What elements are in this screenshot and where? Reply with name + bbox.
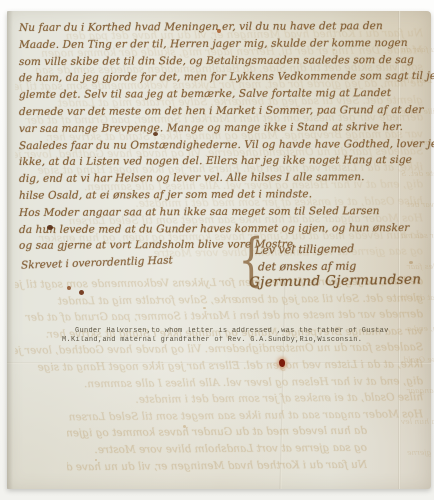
vertical-fold-crease-right: [398, 11, 401, 489]
letter-photograph: Nu faar du i Korthed hvad Meningen er, v…: [0, 0, 434, 500]
haste-note: Skrevet i overordentlig Hast: [21, 254, 173, 271]
bleedthrough-line: da hun levede med at du Gunder haves kom…: [67, 425, 367, 440]
handwritten-line: som ville skibe det til din Side, og Bet…: [19, 54, 414, 68]
bleedthrough-fragment: ikke, at da i Li: [401, 293, 434, 302]
ink-blot: [67, 286, 71, 290]
paper-edge-shadow: [7, 11, 13, 489]
handwritten-line: Saaledes faar du nu Omstændighederne. Vi…: [19, 137, 434, 151]
horizontal-fold-crease: [7, 362, 431, 364]
bleedthrough-fragment: glemte det. S: [401, 169, 434, 178]
handwritten-line: dig, end at vi har Helsen og lever vel. …: [19, 171, 365, 185]
bleedthrough-line: Nu faar du i Korthed hvad Meningen er, v…: [67, 458, 367, 473]
bleedthrough-fragment: Saaledes faar: [407, 262, 434, 271]
handwritten-line: Maade. Den Ting er der til, Herren jager…: [19, 37, 408, 51]
bleedthrough-line: dig, end at vi har Helsen og lever vel. …: [15, 375, 423, 391]
bleedthrough-fragment: dernede var det: [407, 200, 434, 209]
handwritten-line: da hun levede med at du Gunder haves kom…: [19, 222, 409, 236]
paper-stain: [95, 459, 97, 461]
handwritten-line: Nu faar du i Korthed hvad Meningen er, v…: [19, 20, 383, 34]
ink-blot: [79, 290, 84, 295]
handwritten-line: glemte det. Selv til saa jeg at bemærke,…: [19, 87, 391, 101]
handwritten-line: ikke, at da i Listen ved nogen del. Elle…: [19, 154, 412, 168]
bleedthrough-fragment: hilse Osald,: [401, 355, 434, 364]
bleedthrough-line: Hos Moder angaar saa at hun ikke saa meg…: [15, 408, 423, 424]
paper-stain: [409, 261, 413, 264]
letter-paper: Nu faar du i Korthed hvad Meningen er, v…: [7, 11, 431, 489]
closing-line-2: det ønskes af mig: [258, 260, 356, 274]
bleedthrough-fragment: da hun lev: [401, 417, 434, 426]
bleedthrough-line: hilse Osald, at ei ønskes af jer som med…: [15, 391, 423, 407]
signature: Gjermund Gjermundsen: [249, 271, 422, 290]
paper-stain: [183, 425, 186, 428]
bleedthrough-line: glemte det. Selv til saa jeg at bemærke,…: [15, 292, 423, 308]
bleedthrough-fragment: og saa gjerne: [407, 448, 434, 457]
bleedthrough-fragment: dig, end a: [407, 324, 434, 333]
bleedthrough-fragment: Hos Moder angaar: [407, 386, 434, 395]
vertical-fold-crease-center: [279, 279, 286, 489]
red-wax-ink-spot: [279, 359, 285, 367]
closing-line-1: Lev vel tilligemed: [255, 242, 355, 257]
handwritten-line: de ham, da jeg gjorde for det, men for L…: [19, 70, 434, 84]
handwritten-line: hilse Osald, at ei ønskes af jer som med…: [19, 188, 312, 202]
bleedthrough-line: dernede var det meste om det hen i Marke…: [15, 308, 423, 324]
bleedthrough-line: ikke, at da i Listen ved nogen del. Elle…: [15, 358, 423, 374]
handwritten-line: var saa mange Brevpenge. Mange og mange …: [19, 121, 403, 135]
handwritten-line: Hos Moder angaar saa at hun ikke saa meg…: [19, 205, 380, 219]
bleedthrough-line: og saa gjerne at vort Landsholm blive vo…: [67, 442, 367, 457]
paper-stain: [203, 307, 206, 309]
caption-line-2: M.Kiland,and maternal grandfather of Rev…: [62, 336, 362, 344]
caption-line-1: Gunder Halvorsen,to whom letter is addre…: [75, 327, 389, 335]
handwritten-line: dernede var det meste om det hen i Marke…: [19, 104, 423, 118]
